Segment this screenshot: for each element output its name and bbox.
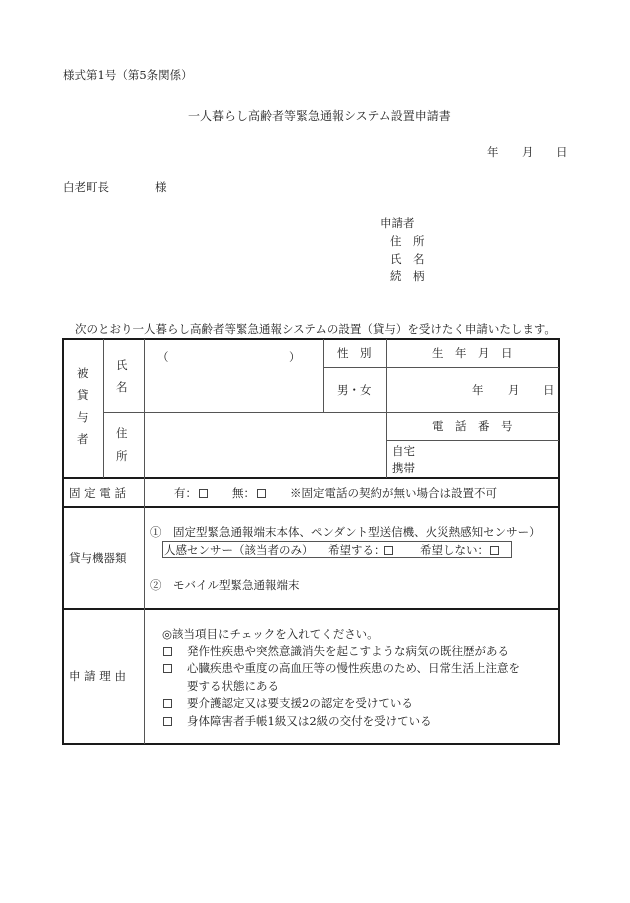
reason-item-2: 心臓疾患や重度の高血圧等の慢性疾患のため、日常生活上注意を [187,663,520,675]
reason-label: 申 請 理 由 [69,671,126,683]
applicant-name-label: 氏 名 [390,254,425,266]
landline-yes-label: 有： [174,488,197,500]
sensor-want-label: 希望する： [328,545,386,557]
applicant-label: 申請者 [380,218,415,230]
date-year-label: 年 [487,147,499,159]
birth-day-label: 日 [543,385,555,397]
intro-text: 次のとおり一人暮らし高齢者等緊急通報システムの設置（貸与）を受けたく申請いたしま… [75,324,556,336]
reason-item-1: 発作性疾患や突然意識消失を起こすような病気の既往歴がある [187,646,509,658]
gender-value[interactable]: 男・女 [337,385,372,397]
recipient-address-field[interactable] [145,413,385,477]
applicant-relation-label: 続 柄 [390,271,425,283]
recipient-label-2: 貸 [77,390,89,402]
form-number: 様式第1号（第5条関係） [63,70,193,82]
landline-note: ※固定電話の契約が無い場合は設置不可 [290,488,497,500]
reason-item-3: 要介護認定又は要支援2の認定を受けている [187,698,413,710]
landline-yes-checkbox[interactable] [199,489,208,498]
sensor-not-want-checkbox[interactable] [490,546,499,555]
reason-item-2-cont: 要する状態にある [187,681,279,693]
sensor-label: 人感センサー（該当者のみ） [164,545,314,557]
phone-header: 電 話 番 号 [432,421,513,433]
date-day-label: 日 [556,147,568,159]
furigana-paren-close: ） [289,352,301,364]
recipient-name-field[interactable] [145,367,322,411]
reason-instruction: ◎該当項目にチェックを入れてください。 [162,629,379,641]
addressee-honorific: 様 [155,182,167,194]
sensor-not-want-label: 希望しない： [420,545,489,557]
name-label-1: 氏 [116,360,128,372]
birth-date-header: 生 年 月 日 [432,348,513,360]
address-label-1: 住 [116,428,128,440]
document-title: 一人暮らし高齢者等緊急通報システム設置申請書 [188,110,451,122]
date-month-label: 月 [522,147,534,159]
device-item-2: ② モバイル型緊急通報端末 [150,580,300,592]
reason-item-4: 身体障害者手帳1級又は2級の交付を受けている [187,716,432,728]
phone-home-label: 自宅 [392,446,415,458]
recipient-label-3: 与 [77,412,89,424]
reason-checkbox-3[interactable] [163,699,172,708]
applicant-address-label: 住 所 [390,236,425,248]
furigana-paren-open: （ [157,352,169,364]
addressee: 白老町長 [63,182,109,194]
landline-no-checkbox[interactable] [257,489,266,498]
landline-no-label: 無： [232,488,255,500]
address-label-2: 所 [116,451,128,463]
recipient-label-4: 者 [77,434,89,446]
phone-mobile-label: 携帯 [392,463,415,475]
reason-checkbox-4[interactable] [163,717,172,726]
reason-checkbox-2[interactable] [163,664,172,673]
device-item-1: ① 固定型緊急通報端末本体、ペンダント型送信機、火災熱感知センサー） [150,527,541,539]
landline-label: 固 定 電 話 [69,488,126,500]
devices-label: 貸与機器類 [69,553,127,565]
recipient-label-1: 被 [77,368,89,380]
sensor-want-checkbox[interactable] [384,546,393,555]
birth-year-label: 年 [472,385,484,397]
gender-header: 性 別 [337,348,372,360]
birth-month-label: 月 [508,385,520,397]
reason-checkbox-1[interactable] [163,647,172,656]
name-label-2: 名 [116,382,128,394]
